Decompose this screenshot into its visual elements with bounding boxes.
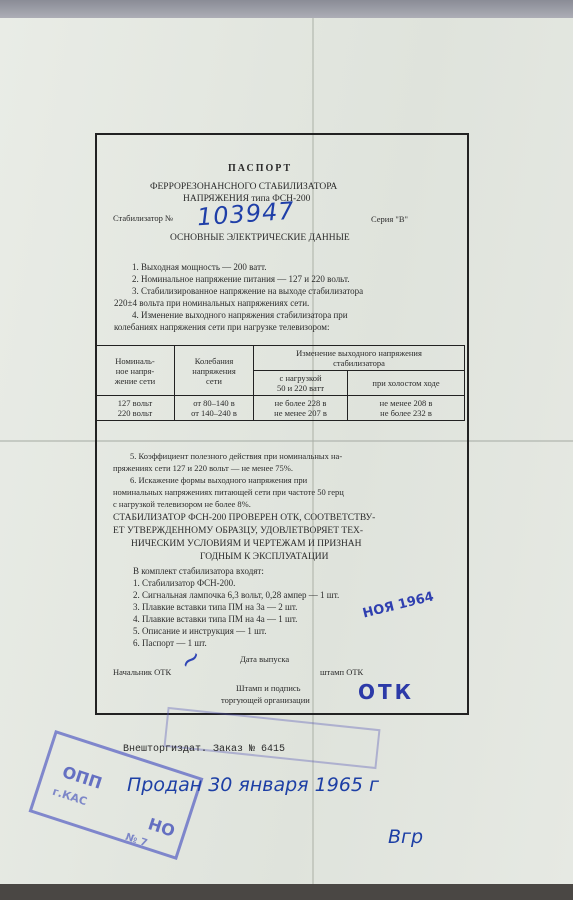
initials-handwritten: Вгр — [388, 826, 423, 848]
otk-chief-label: Начальник ОТК — [113, 667, 171, 678]
note-line: пряжениях сети 127 и 220 вольт — не мене… — [113, 463, 293, 474]
section-heading: ОСНОВНЫЕ ЭЛЕКТРИЧЕСКИЕ ДАННЫЕ — [170, 233, 350, 244]
kit-item: 3. Плавкие вставки типа ПМ на 3а — 2 шт. — [133, 602, 297, 613]
spec-line: колебаниях напряжения сети при нагрузке … — [114, 322, 329, 333]
stabilizer-number-label: Стабилизатор № — [113, 213, 173, 224]
otk-stamp-label: штамп ОТК — [320, 667, 363, 678]
sold-note-handwritten: Продан 30 января 1965 г — [127, 774, 379, 796]
spec-line: 2. Номинальное напряжение питания — 127 … — [132, 274, 349, 285]
spec-line: 220±4 вольта при номинальных напряжениях… — [114, 298, 309, 309]
certification-line: ЕТ УТВЕРЖДЕННОМУ ОБРАЗЦУ, УДОВЛЕТВОРЯЕТ … — [113, 526, 363, 537]
table-header-with-load: с нагрузкой50 и 220 ватт — [254, 371, 348, 396]
note-line: с нагрузкой телевизором не более 8%. — [113, 499, 251, 510]
spec-line: 1. Выходная мощность — 200 ватт. — [132, 262, 267, 273]
kit-heading: В комплект стабилизатора входят: — [133, 566, 264, 577]
trade-stamp-label-2: торгующей организации — [221, 695, 310, 706]
kit-item: 2. Сигнальная лампочка 6,3 вольт, 0,28 а… — [133, 590, 339, 601]
voltage-spec-table: Номиналь-ное напря-жение сети Колебаниян… — [95, 345, 465, 421]
spec-line: 3. Стабилизированное напряжение на выход… — [132, 286, 363, 297]
certification-line: НИЧЕСКИМ УСЛОВИЯМ И ЧЕРТЕЖАМ И ПРИЗНАН — [131, 539, 362, 550]
certification-line: ГОДНЫМ К ЭКСПЛУАТАЦИИ — [200, 552, 329, 563]
otk-stamp: ОТК — [358, 680, 414, 704]
table-header-output-change: Изменение выходного напряжениястабилизат… — [254, 346, 465, 371]
table-row: 127 вольт220 вольт от 80–140 вот 140–240… — [96, 396, 465, 421]
kit-item: 5. Описание и инструкция — 1 шт. — [133, 626, 267, 637]
series-label: Серия "В" — [371, 214, 408, 225]
note-line: 5. Коэффициент полезного действия при но… — [130, 451, 342, 462]
footer-print: Внешторгиздат. Заказ № 6415 — [123, 744, 285, 755]
note-line: 6. Искажение формы выходного напряжения … — [130, 475, 307, 486]
background-bottom — [0, 884, 573, 900]
table-header-idle: при холостом ходе — [348, 371, 465, 396]
kit-item: 6. Паспорт — 1 шт. — [133, 638, 207, 649]
certification-line: СТАБИЛИЗАТОР ФСН-200 ПРОВЕРЕН ОТК, СООТВ… — [113, 513, 375, 524]
table-header-range: Колебаниянапряжениясети — [175, 346, 254, 396]
release-date-label: Дата выпуска — [240, 654, 289, 665]
note-line: номинальных напряжениях питающей сети пр… — [113, 487, 344, 498]
subtitle-line-1: ФЕРРОРЕЗОНАНСНОГО СТАБИЛИЗАТОРА — [150, 182, 337, 193]
kit-item: 4. Плавкие вставки типа ПМ на 4а — 1 шт. — [133, 614, 297, 625]
kit-item: 1. Стабилизатор ФСН-200. — [133, 578, 235, 589]
table-header-nominal: Номиналь-ное напря-жение сети — [96, 346, 175, 396]
spec-line: 4. Изменение выходного напряжения стабил… — [132, 310, 348, 321]
document-title: ПАСПОРТ — [228, 163, 292, 174]
trade-stamp-label-1: Штамп и подпись — [236, 683, 301, 694]
